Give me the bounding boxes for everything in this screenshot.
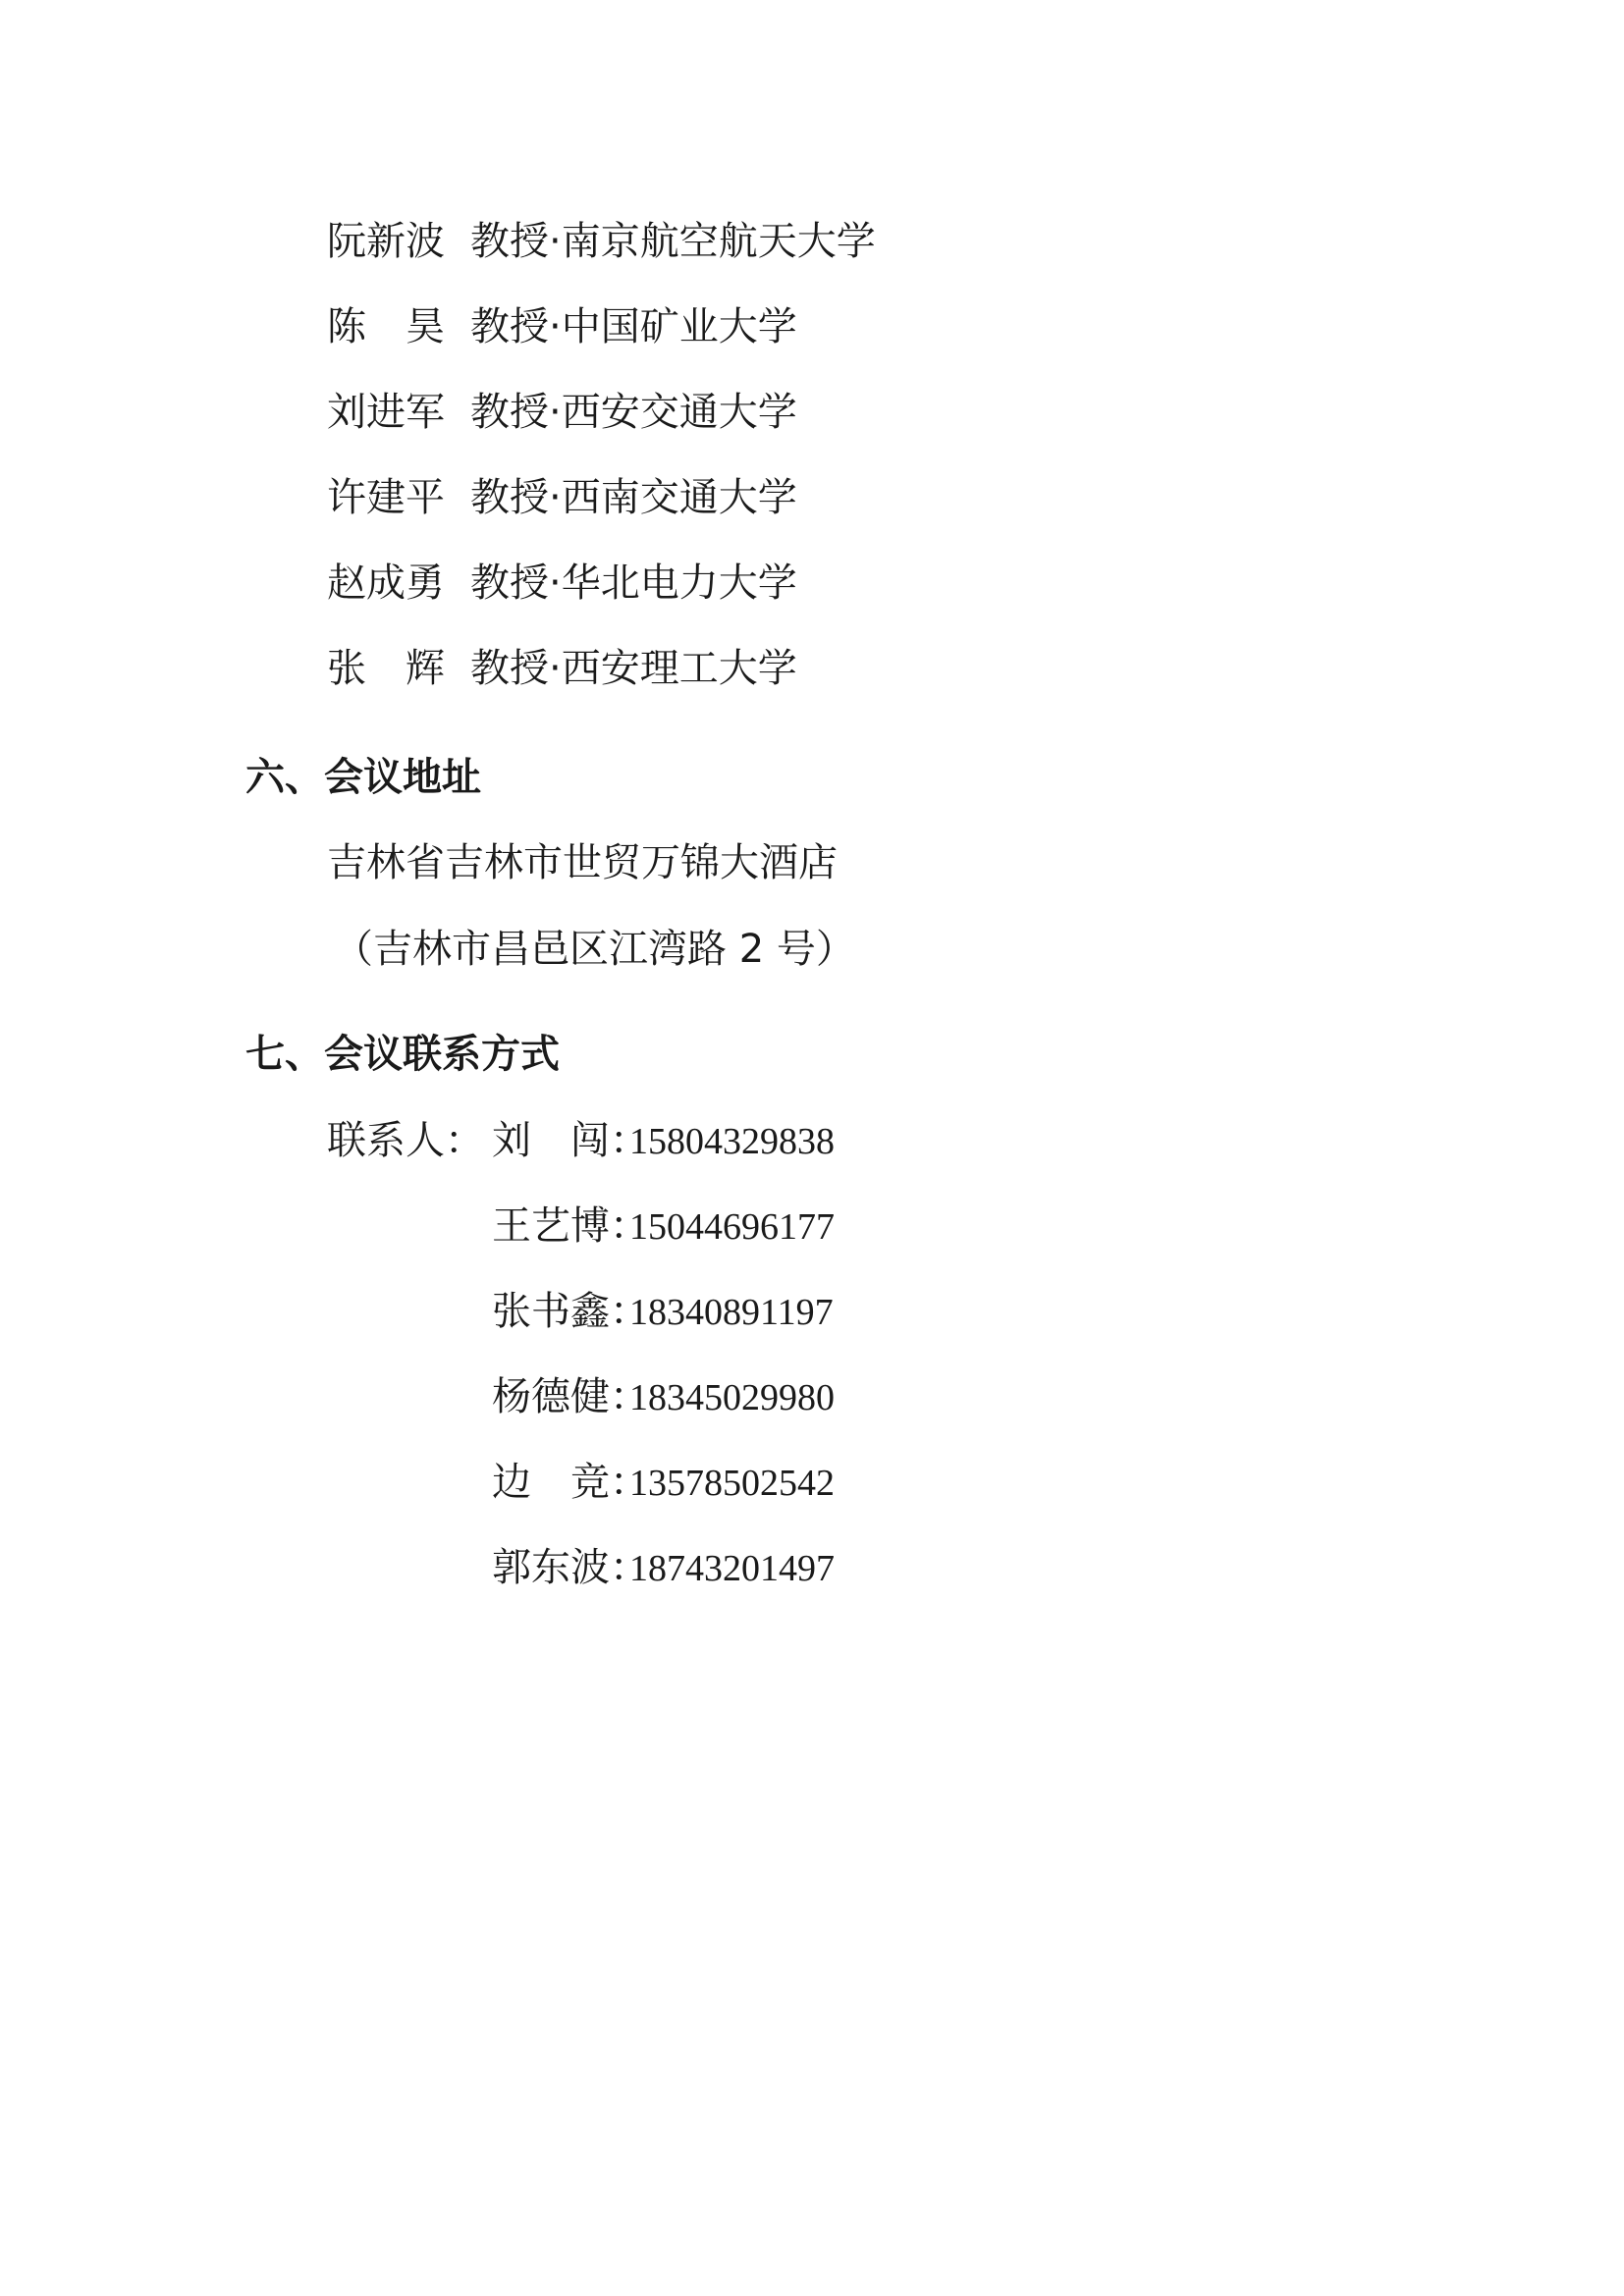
contact-phone: 18743201497 (629, 1548, 835, 1589)
expert-row: 张 辉教授·西安理工大学 (327, 645, 797, 692)
expert-title: 教授·西安理工大学 (470, 646, 797, 691)
contact-name: 张书鑫： (492, 1288, 629, 1335)
contact-phone: 18345029980 (629, 1377, 835, 1418)
contact-row: 郭东波：18743201497 (492, 1544, 835, 1592)
expert-name: 阮新波 (327, 218, 470, 265)
expert-row: 陈 昊教授·中国矿业大学 (327, 303, 797, 350)
expert-row: 刘进军教授·西安交通大学 (327, 389, 797, 436)
contact-name: 郭东波： (492, 1544, 629, 1591)
expert-title: 教授·南京航空航天大学 (470, 219, 876, 264)
expert-name: 赵成勇 (327, 560, 470, 607)
expert-title: 教授·西安交通大学 (470, 390, 797, 435)
contact-name: 边 竞： (492, 1459, 629, 1506)
contact-row: 张书鑫：18340891197 (492, 1288, 834, 1336)
contact-row: 联系人：刘 闯：15804329838 (327, 1117, 835, 1165)
expert-title: 教授·西南交通大学 (470, 475, 797, 520)
expert-row: 许建平教授·西南交通大学 (327, 474, 797, 521)
contact-row: 杨德健：18345029980 (492, 1373, 835, 1421)
contact-label: 联系人： (327, 1117, 492, 1164)
expert-title: 教授·中国矿业大学 (470, 304, 797, 349)
contact-row: 王艺博：15044696177 (492, 1202, 835, 1251)
venue-name: 吉林省吉林市世贸万锦大酒店 (327, 839, 838, 886)
contact-phone: 18340891197 (629, 1292, 834, 1333)
contact-phone: 15044696177 (629, 1206, 835, 1248)
venue-address: （吉林市昌邑区江湾路 2 号） (334, 926, 855, 973)
expert-title: 教授·华北电力大学 (470, 561, 797, 606)
expert-name: 张 辉 (327, 645, 470, 692)
contact-phone: 13578502542 (629, 1463, 835, 1504)
expert-name: 陈 昊 (327, 303, 470, 350)
expert-row: 赵成勇教授·华北电力大学 (327, 560, 797, 607)
contact-name: 刘 闯： (492, 1117, 629, 1164)
section-heading-contact: 七、会议联系方式 (245, 1031, 560, 1078)
section-heading-address: 六、会议地址 (245, 754, 481, 801)
contact-row: 边 竞：13578502542 (492, 1459, 835, 1507)
expert-name: 许建平 (327, 474, 470, 521)
expert-row: 阮新波教授·南京航空航天大学 (327, 218, 876, 265)
contact-name: 王艺博： (492, 1202, 629, 1250)
contact-name: 杨德健： (492, 1373, 629, 1420)
contact-phone: 15804329838 (629, 1121, 835, 1162)
expert-name: 刘进军 (327, 389, 470, 436)
